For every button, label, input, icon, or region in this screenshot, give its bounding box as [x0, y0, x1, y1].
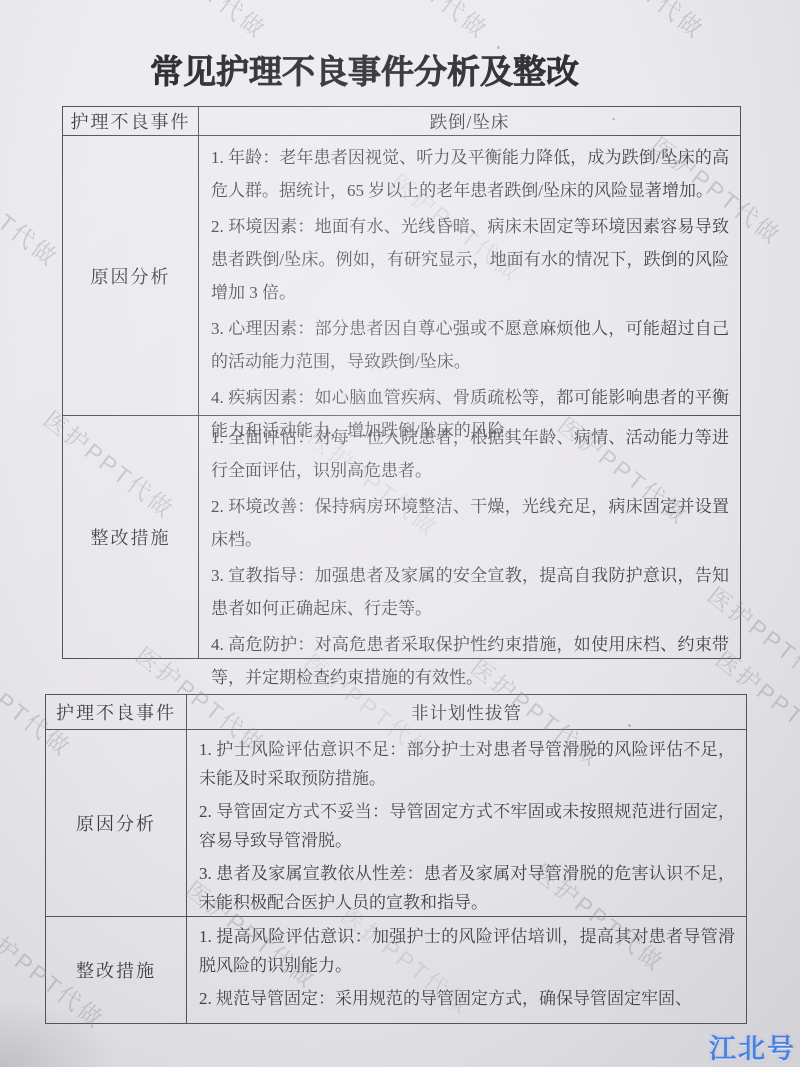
row-label-cell: 整改措施 — [63, 416, 199, 658]
watermark-text: 医护PPT代做 — [352, 0, 497, 45]
watermark-text: 医护PPT代做 — [0, 150, 66, 273]
row-label-cell: 原因分析 — [63, 136, 199, 415]
content-paragraph: 1. 提高风险评估意识：加强护士的风险评估培训，提高其对患者导管滑脱风险的识别能… — [199, 922, 735, 980]
content-paragraph: 3. 宣教指导：加强患者及家属的安全宣教，提高自我防护意识，告知患者如何正确起床… — [211, 559, 729, 625]
content-paragraph: 2. 规范导管固定：采用规范的导管固定方式，确保导管固定牢固、 — [199, 984, 735, 1013]
photo-corner-shadow — [0, 997, 120, 1067]
table-unplanned-extubation: 护理不良事件 非计划性拔管 原因分析 1. 护士风险评估意识不足：部分护士对患者… — [45, 694, 747, 1024]
content-paragraph: 3. 心理因素：部分患者因自尊心强或不愿意麻烦他人，可能超过自己的活动能力范围，… — [211, 312, 729, 378]
row-label-cell: 原因分析 — [46, 730, 187, 916]
table-row-corrective-measures: 整改措施 1. 提高风险评估意识：加强护士的风险评估培训，提高其对患者导管滑脱风… — [46, 916, 746, 1023]
page-title: 常见护理不良事件分析及整改 — [150, 46, 650, 93]
channel-badge: 江北号 — [709, 1027, 796, 1066]
table-header-row: 护理不良事件 非计划性拔管 — [46, 695, 746, 729]
content-paragraph: 2. 环境因素：地面有水、光线昏暗、病床未固定等环境因素容易导致患者跌倒/坠床。… — [211, 210, 729, 309]
document-photo: 医护PPT代做 医护PPT代做 医护PPT代做 医护PPT代做 医护PPT代做 … — [0, 0, 800, 1067]
photo-speck — [612, 118, 615, 120]
table-header-row: 护理不良事件 跌倒/坠床 — [63, 107, 740, 135]
table-row-cause-analysis: 原因分析 1. 年龄：老年患者因视觉、听力及平衡能力降低，成为跌倒/坠床的高危人… — [63, 135, 740, 415]
content-paragraph: 2. 环境改善：保持病房环境整洁、干燥，光线充足，病床固定并设置床档。 — [211, 490, 729, 556]
content-paragraph: 1. 护士风险评估意识不足：部分护士对患者导管滑脱的风险评估不足，未能及时采取预… — [199, 735, 735, 793]
table-header-label-cell: 护理不良事件 — [63, 107, 199, 135]
table-row-corrective-measures: 整改措施 1. 全面评估：对每一位入院患者，根据其年龄、病情、活动能力等进行全面… — [63, 415, 740, 658]
content-paragraph: 3. 患者及家属宣教依从性差：患者及家属对导管滑脱的危害认识不足，未能积极配合医… — [199, 859, 735, 917]
content-paragraph: 4. 高危防护：对高危患者采取保护性约束措施，如使用床档、约束带等，并定期检查约… — [211, 628, 729, 694]
table-header-value-cell: 非计划性拔管 — [187, 695, 746, 729]
content-cell: 1. 护士风险评估意识不足：部分护士对患者导管滑脱的风险评估不足，未能及时采取预… — [187, 730, 746, 916]
content-paragraph: 1. 全面评估：对每一位入院患者，根据其年龄、病情、活动能力等进行全面评估，识别… — [211, 421, 729, 487]
content-cell: 1. 全面评估：对每一位入院患者，根据其年龄、病情、活动能力等进行全面评估，识别… — [199, 416, 740, 658]
photo-speck — [497, 46, 500, 49]
table-falls: 护理不良事件 跌倒/坠床 原因分析 1. 年龄：老年患者因视觉、听力及平衡能力降… — [62, 106, 741, 659]
watermark-text: 医护PPT代做 — [130, 0, 275, 45]
content-paragraph: 1. 年龄：老年患者因视觉、听力及平衡能力降低，成为跌倒/坠床的高危人群。据统计… — [211, 141, 729, 207]
photo-speck — [628, 724, 631, 727]
photo-speck — [428, 566, 431, 569]
table-row-cause-analysis: 原因分析 1. 护士风险评估意识不足：部分护士对患者导管滑脱的风险评估不足，未能… — [46, 729, 746, 916]
content-cell: 1. 提高风险评估意识：加强护士的风险评估培训，提高其对患者导管滑脱风险的识别能… — [187, 917, 746, 1023]
content-cell: 1. 年龄：老年患者因视觉、听力及平衡能力降低，成为跌倒/坠床的高危人群。据统计… — [199, 136, 740, 415]
content-paragraph: 2. 导管固定方式不妥当：导管固定方式不牢固或未按照规范进行固定，容易导致导管滑… — [199, 797, 735, 855]
table-header-value-cell: 跌倒/坠床 — [199, 107, 740, 135]
watermark-text: 医护PPT代做 — [568, 0, 713, 45]
table-header-label-cell: 护理不良事件 — [46, 695, 187, 729]
